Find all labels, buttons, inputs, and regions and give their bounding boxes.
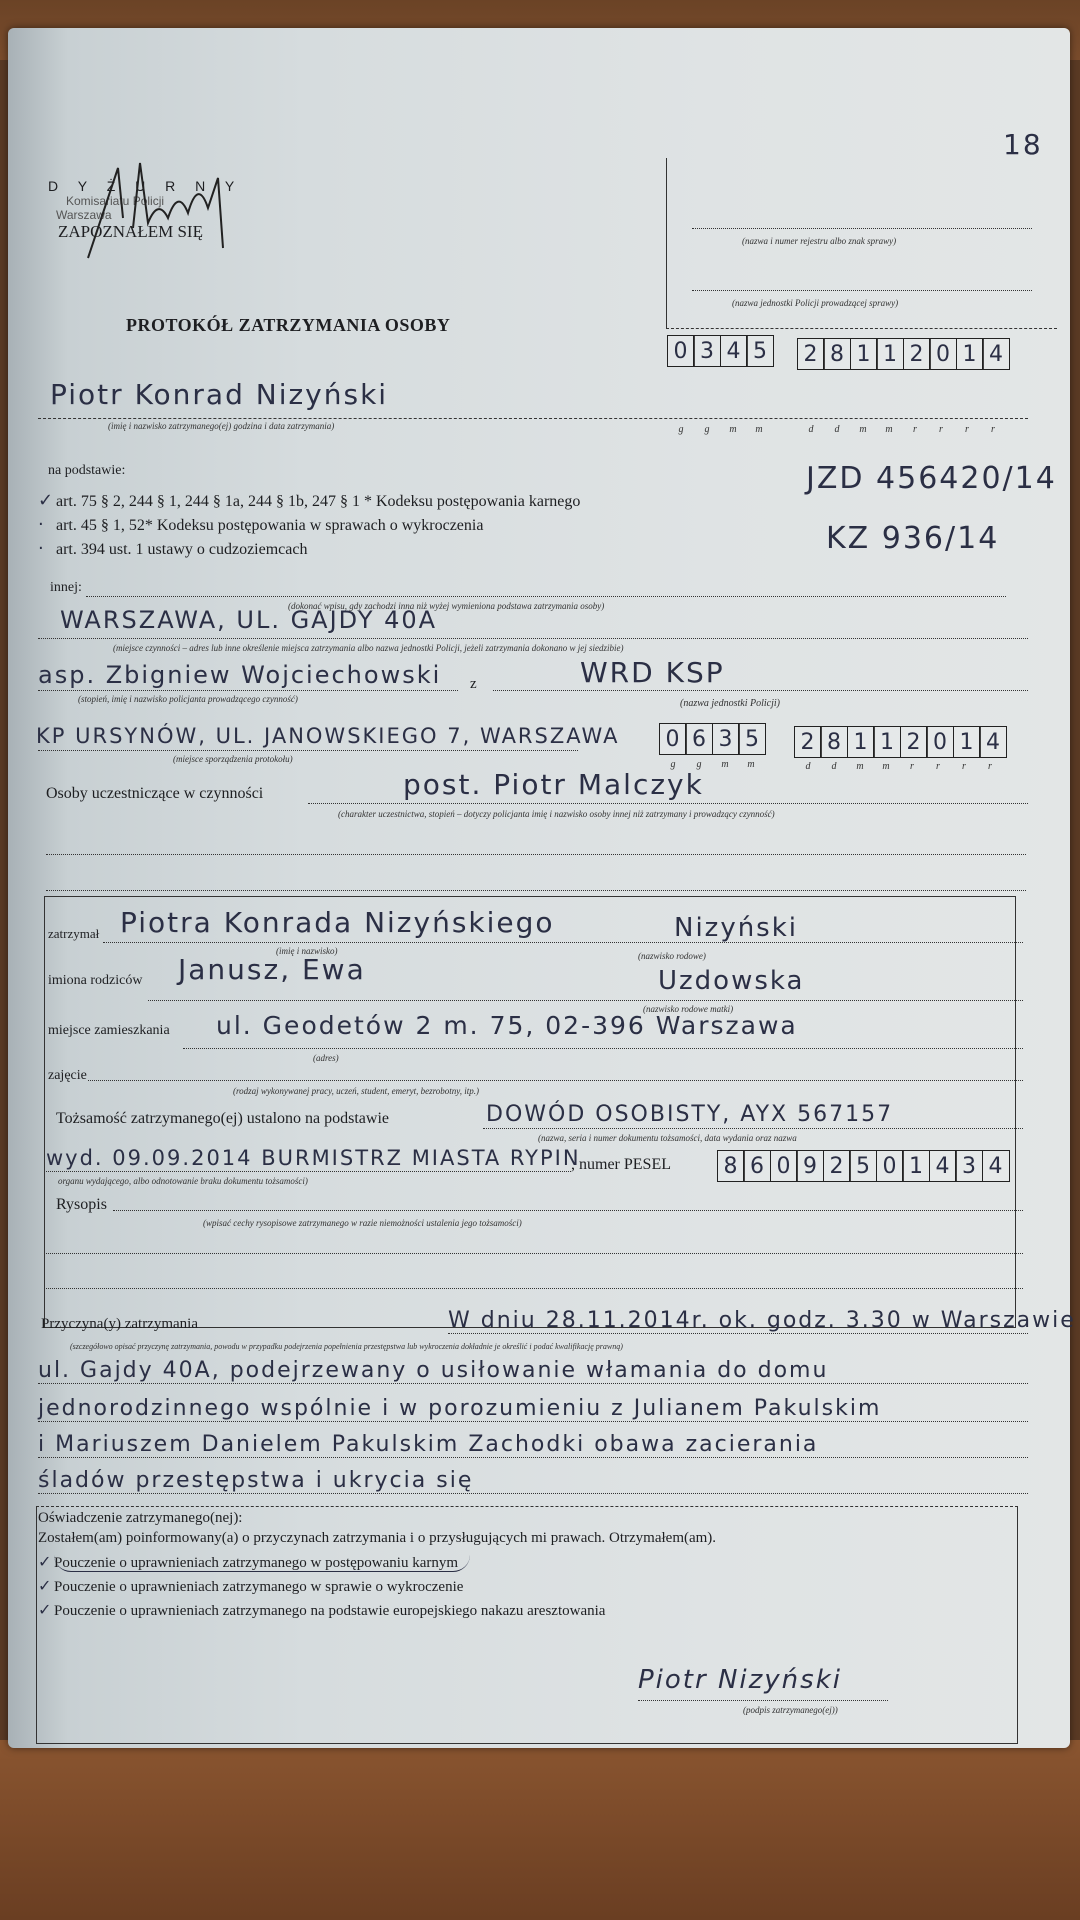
reason-caption: (szczegółowo opisać przyczynę zatrzymani… [70, 1342, 623, 1351]
protocol-place-line [38, 750, 578, 751]
reason-label: Przyczyna(y) zatrzymania [41, 1316, 198, 1333]
participants-extra-line-1[interactable] [46, 854, 1026, 855]
box-label: m [876, 424, 902, 435]
pesel-digit[interactable]: 4 [929, 1150, 957, 1182]
description-line-3[interactable] [46, 1288, 1023, 1289]
box-label: r [954, 424, 980, 435]
detention-date-digit[interactable]: 8 [823, 338, 851, 370]
pesel-label: , numer PESEL [571, 1156, 671, 1174]
place-line [38, 638, 1028, 639]
protocol-date-boxes: 28112014 [795, 726, 1007, 758]
identity-line [483, 1128, 1023, 1129]
identity-issued: wyd. 09.09.2014 BURMISTRZ MIASTA RYPIN [46, 1146, 581, 1170]
stamp-signature-icon [78, 158, 248, 268]
police-unit-field[interactable] [692, 290, 1032, 291]
other-basis-field[interactable] [86, 596, 1006, 597]
description-label: Rysopis [56, 1196, 107, 1214]
protocol-date-digit[interactable]: 2 [900, 726, 928, 758]
detention-place: WARSZAWA, UL. GAJDY 40A [60, 606, 437, 634]
basis-item: ·art. 45 § 1, 52* Kodeksu postępowania w… [38, 514, 580, 538]
box-label: m [746, 424, 772, 435]
registry-caption: (nazwa i numer rejestru albo znak sprawy… [742, 236, 896, 246]
pesel-digit[interactable]: 8 [717, 1150, 745, 1182]
box-label: m [847, 761, 873, 772]
identity-caption: (nazwa, seria i numer dokumentu tożsamoś… [538, 1133, 797, 1143]
detainee-caption: (imię i nazwisko zatrzymanego(ej) godzin… [108, 421, 334, 431]
bullet-icon[interactable]: · [38, 538, 56, 559]
identity-label: Tożsamość zatrzymanego(ej) ustalono na p… [56, 1110, 389, 1128]
case-number-1: JZD 456420/14 [806, 461, 1057, 496]
detention-date-digit[interactable]: 0 [929, 338, 957, 370]
police-unit-caption: (nazwa jednostki Policji prowadzącej spr… [732, 298, 898, 308]
detained-line [103, 942, 1023, 943]
box-label: g [694, 424, 720, 435]
protocol-time-digit[interactable]: 3 [712, 723, 740, 755]
statement-item-text: Pouczenie o uprawnieniach zatrzymanego w… [54, 1579, 463, 1595]
statement-item: ✓Pouczenie o uprawnieniach zatrzymanego … [38, 1600, 605, 1624]
pesel-digit[interactable]: 3 [955, 1150, 983, 1182]
detention-date-boxes: 28112014 [798, 338, 1010, 370]
detention-date-digit[interactable]: 1 [956, 338, 984, 370]
basis-item-text: art. 394 ust. 1 ustawy o cudzoziemcach [56, 541, 307, 558]
statement-item: ✓Pouczenie o uprawnieniach zatrzymanego … [38, 1576, 605, 1600]
box-label: g [668, 424, 694, 435]
pesel-boxes: 86092501434 [718, 1150, 1010, 1182]
reason-line: śladów przestępstwa i ukrycia się [38, 1468, 1028, 1494]
reason-line: jednorodzinnego wspólnie i w porozumieni… [38, 1396, 1028, 1422]
protocol-date-digit[interactable]: 1 [847, 726, 875, 758]
box-label: r [899, 761, 925, 772]
document-page: 18 D Y Ż U R N Y Komisariatu Policji War… [8, 28, 1070, 1748]
officer-name: asp. Zbigniew Wojciechowski [38, 661, 441, 689]
box-label: m [720, 424, 746, 435]
participants-extra-line-2[interactable] [46, 890, 1026, 891]
bullet-icon[interactable]: · [38, 514, 56, 535]
checkmark-icon[interactable]: ✓ [38, 1600, 54, 1619]
statement-list: ✓Pouczenie o uprawnieniach zatrzymanego … [38, 1552, 605, 1624]
box-label: m [712, 759, 738, 770]
identity-document: DOWÓD OSOBISTY, AYX 567157 [486, 1102, 893, 1127]
detention-time-boxes: 0345 [668, 335, 774, 367]
pesel-digit[interactable]: 2 [823, 1150, 851, 1182]
detention-date-digit[interactable]: 4 [982, 338, 1010, 370]
occupation-field[interactable] [88, 1080, 1023, 1081]
residence-label: miejsce zamieszkania [48, 1023, 170, 1039]
detention-date-digit[interactable]: 2 [797, 338, 825, 370]
participants-line [308, 803, 1028, 804]
pesel-digit[interactable]: 5 [849, 1150, 877, 1182]
pesel-digit[interactable]: 4 [982, 1150, 1010, 1182]
checkmark-icon[interactable]: ✓ [38, 1576, 54, 1595]
signature-line[interactable] [638, 1700, 888, 1701]
box-label: m [738, 759, 764, 770]
case-number-2: KZ 936/14 [826, 521, 999, 556]
protocol-date-digit[interactable]: 1 [873, 726, 901, 758]
unit-line [493, 690, 1028, 691]
detainee-signature: Piotr Nizyński [638, 1665, 842, 1695]
detention-date-digit[interactable]: 1 [876, 338, 904, 370]
box-label: m [850, 424, 876, 435]
box-label: d [798, 424, 824, 435]
officer-caption: (stopień, imię i nazwisko policjanta pro… [78, 694, 298, 704]
box-label: r [951, 761, 977, 772]
residence-caption: (adres) [313, 1053, 339, 1063]
box-label: r [902, 424, 928, 435]
signature-caption: (podpis zatrzymanego(ej)) [743, 1705, 838, 1715]
occupation-caption: (rodzaj wykonywanej pracy, uczeń, studen… [233, 1086, 479, 1096]
time-labels: ggmm [668, 424, 772, 435]
protocol-date-digit[interactable]: 8 [820, 726, 848, 758]
detention-time-digit[interactable]: 5 [746, 335, 774, 367]
family-caption: (nazwisko rodowe) [638, 951, 706, 961]
detained-label: zatrzymał [48, 926, 99, 942]
checkmark-icon[interactable]: ✓ [38, 490, 56, 511]
description-field[interactable] [113, 1210, 1023, 1211]
basis-item: ✓art. 75 § 2, 244 § 1, 244 § 1a, 244 § 1… [38, 490, 580, 514]
reason-line: i Mariuszem Danielem Pakulskim Zachodki … [38, 1432, 1028, 1458]
basis-item: ·art. 394 ust. 1 ustawy o cudzoziemcach [38, 538, 580, 562]
occupation-label: zajęcie [48, 1068, 87, 1084]
detention-date-digit[interactable]: 2 [903, 338, 931, 370]
protocol-place: KP URSYNÓW, UL. JANOWSKIEGO 7, WARSZAWA [36, 724, 619, 748]
protocol-date-digit[interactable]: 2 [794, 726, 822, 758]
desk-surface-bottom [0, 1740, 1080, 1920]
basis-item-text: art. 75 § 2, 244 § 1, 244 § 1a, 244 § 1b… [56, 493, 580, 510]
issued-caption: organu wydającego, albo odnotowanie brak… [58, 1176, 308, 1186]
box-label: d [821, 761, 847, 772]
box-label: r [925, 761, 951, 772]
pesel-digit[interactable]: 0 [876, 1150, 904, 1182]
box-label: r [977, 761, 1003, 772]
residence-line [183, 1048, 1023, 1049]
officer-unit: WRD KSP [580, 656, 725, 689]
officer-line [38, 690, 458, 691]
place-caption: (miejsce czynności – adres lub inne okre… [113, 643, 624, 653]
pesel-digit[interactable]: 0 [770, 1150, 798, 1182]
pesel-digit[interactable]: 6 [743, 1150, 771, 1182]
statement-item-text: Pouczenie o uprawnieniach zatrzymanego n… [54, 1603, 605, 1619]
pesel-digit[interactable]: 9 [796, 1150, 824, 1182]
detention-time-digit[interactable]: 3 [693, 335, 721, 367]
protocol-time-digit[interactable]: 6 [685, 723, 713, 755]
parents-value: Janusz, Ewa [178, 953, 366, 986]
protocol-place-caption: (miejsce sporządzenia protokołu) [173, 754, 293, 764]
name-line [38, 418, 1028, 419]
box-label: r [928, 424, 954, 435]
protocol-date-digit[interactable]: 4 [979, 726, 1007, 758]
residence-value: ul. Geodetów 2 m. 75, 02-396 Warszawa [216, 1011, 798, 1040]
description-line-2[interactable] [46, 1253, 1023, 1254]
reason-line: W dniu 28.11.2014r. ok. godz. 3.30 w War… [448, 1308, 1028, 1334]
basis-label: na podstawie: [48, 463, 125, 479]
statement-item-text: Pouczenie o uprawnieniach zatrzymanego w… [54, 1555, 470, 1572]
protocol-date-digit[interactable]: 0 [926, 726, 954, 758]
registry-box: (nazwa i numer rejestru albo znak sprawy… [666, 158, 1057, 329]
unit-caption: (nazwa jednostki Policji) [680, 698, 780, 709]
description-caption: (wpisać cechy rysopisowe zatrzymanego w … [203, 1218, 522, 1228]
mother-maiden-name: Uzdowska [658, 966, 804, 996]
box-label: m [873, 761, 899, 772]
officer-connector: z [470, 676, 477, 693]
participants-caption: (charakter uczestnictwa, stopień – dotyc… [338, 809, 775, 819]
parents-label: imiona rodziców [48, 973, 142, 989]
page-number: 18 [1003, 128, 1043, 161]
protocol-time-digit[interactable]: 5 [738, 723, 766, 755]
registry-number-field[interactable] [692, 228, 1032, 229]
protocol-time-digit[interactable]: 0 [659, 723, 687, 755]
detention-time-digit[interactable]: 4 [720, 335, 748, 367]
basis-item-text: art. 45 § 1, 52* Kodeksu postępowania w … [56, 517, 483, 534]
detainee-name: Piotr Konrad Nizyński [50, 378, 388, 411]
box-label: d [795, 761, 821, 772]
statement-title: Oświadczenie zatrzymanego(nej): [38, 1510, 242, 1527]
other-basis-label: innej: [50, 580, 82, 596]
participants-label: Osoby uczestniczące w czynności [46, 785, 263, 803]
issued-line [46, 1171, 571, 1172]
box-label: d [824, 424, 850, 435]
protocol-time-boxes: 0635 [660, 723, 766, 755]
family-name: Nizyński [674, 913, 798, 943]
detention-time-digit[interactable]: 0 [667, 335, 695, 367]
protocol-date-labels: ddmmrrrr [795, 761, 1003, 772]
checkmark-icon[interactable]: ✓ [38, 1552, 54, 1571]
participants-value: post. Piotr Malczyk [403, 768, 704, 801]
basis-list: ✓art. 75 § 2, 244 § 1, 244 § 1a, 244 § 1… [38, 490, 580, 562]
statement-informed: Zostałem(am) poinformowany(a) o przyczyn… [38, 1530, 716, 1547]
statement-item: ✓Pouczenie o uprawnieniach zatrzymanego … [38, 1552, 605, 1576]
duty-officer-stamp: D Y Ż U R N Y Komisariatu Policji Warsza… [48, 178, 248, 242]
parents-line [148, 1000, 1023, 1001]
box-label: r [980, 424, 1006, 435]
reason-line: ul. Gajdy 40A, podejrzewany o usiłowanie… [38, 1358, 1028, 1384]
document-title: PROTOKÓŁ ZATRZYMANIA OSOBY [126, 315, 450, 336]
date-labels: ddmmrrrr [798, 424, 1006, 435]
detained-name: Piotra Konrada Nizyńskiego [120, 906, 555, 939]
protocol-date-digit[interactable]: 1 [953, 726, 981, 758]
detention-date-digit[interactable]: 1 [850, 338, 878, 370]
pesel-digit[interactable]: 1 [902, 1150, 930, 1182]
